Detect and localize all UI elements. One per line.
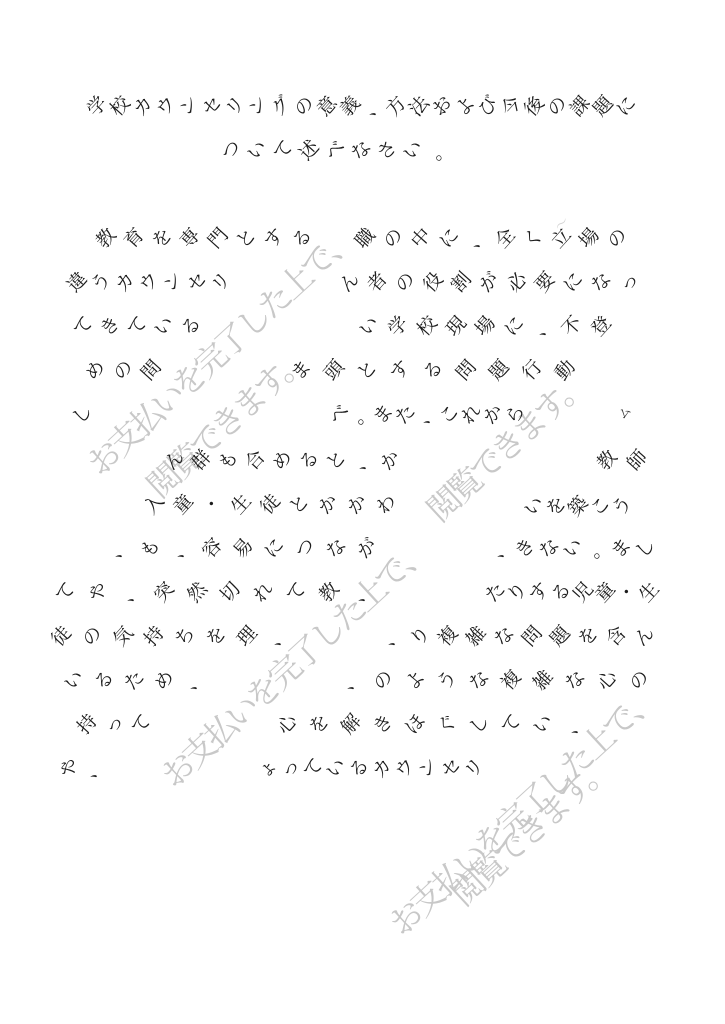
text-char: 持 xyxy=(73,710,103,740)
text-char: て xyxy=(51,578,81,608)
text-line: ん者の役割が必要になっ xyxy=(340,272,640,294)
text-char: い xyxy=(150,312,180,342)
text-char: の xyxy=(78,622,108,652)
text-char: き xyxy=(96,312,126,342)
text-char: 動 xyxy=(551,356,581,386)
text-line: 教師 xyxy=(598,450,648,472)
text-char: を xyxy=(574,622,604,652)
text-char: を xyxy=(305,710,335,740)
text-line: 心を解きほぐしてい、 xyxy=(278,714,586,736)
text-char: が xyxy=(475,268,505,298)
text-char: と xyxy=(322,446,352,476)
text-char: 要 xyxy=(531,268,561,298)
text-char: ま xyxy=(287,356,317,386)
text-char: 登 xyxy=(587,312,617,342)
stray-mark: ム xyxy=(615,403,633,421)
text-char: や xyxy=(84,578,114,608)
text-char: 含 xyxy=(602,622,632,652)
text-line: めの間 xyxy=(86,360,162,382)
text-char: 。 xyxy=(425,136,455,166)
text-line: い学校現場に、不登 xyxy=(360,316,612,338)
text-char: す xyxy=(260,224,290,254)
text-char: な xyxy=(587,268,617,298)
text-char: に xyxy=(559,268,589,298)
text-char: 解 xyxy=(337,710,367,740)
text-char: な xyxy=(490,622,520,652)
text-char: ち xyxy=(171,622,201,652)
text-char: が xyxy=(353,534,383,564)
text-char: 徒 xyxy=(256,490,286,520)
text-char: す xyxy=(386,356,416,386)
text-line: ん群も合めると、か xyxy=(165,450,401,472)
text-char: く xyxy=(519,224,549,254)
text-char: な xyxy=(561,666,591,696)
text-char: 理 xyxy=(233,622,263,652)
text-char: る xyxy=(288,224,318,254)
text-line: ま頭とする問題行動 xyxy=(292,360,576,382)
text-char: と xyxy=(353,356,383,386)
text-char: 生 xyxy=(227,490,257,520)
text-char: 間 xyxy=(137,356,167,386)
text-char: 全 xyxy=(491,224,521,254)
watermark-line: 閲覧できます。 xyxy=(141,343,311,503)
text-char: 場 xyxy=(575,224,605,254)
text-char: る xyxy=(90,666,120,696)
text-char: 容 xyxy=(198,534,228,564)
text-char: の xyxy=(109,356,139,386)
text-char: き xyxy=(369,710,399,740)
text-char: 、 xyxy=(105,534,135,564)
text-line: たりする児童・生 xyxy=(486,582,660,604)
text-line: 、も、容易につなが xyxy=(110,538,378,560)
text-line: ついて述べなさい。 xyxy=(222,140,450,162)
text-char: 門 xyxy=(204,224,234,254)
text-char: 者 xyxy=(363,268,393,298)
text-char: う xyxy=(608,492,638,522)
text-char: て xyxy=(127,710,157,740)
text-char: る xyxy=(177,312,207,342)
text-char: 専 xyxy=(176,224,206,254)
text-char: 突 xyxy=(150,578,180,608)
text-line: ょっているカウンセリ xyxy=(258,758,485,780)
text-char: う xyxy=(433,666,463,696)
text-char: 気 xyxy=(109,622,139,652)
text-char: 頭 xyxy=(320,356,350,386)
text-char: 、 xyxy=(349,446,379,476)
text-char: 、 xyxy=(529,312,559,342)
text-char: し xyxy=(465,710,495,740)
text-char: 、 xyxy=(561,710,591,740)
text-char: ん xyxy=(630,622,660,652)
text-char: に xyxy=(260,534,290,564)
text-char: 心 xyxy=(593,666,623,696)
text-line: いるため、 xyxy=(65,670,205,692)
text-char: る xyxy=(295,446,325,476)
text-char: 心 xyxy=(273,710,303,740)
text-char: し xyxy=(68,400,98,430)
text-char: リ xyxy=(207,268,237,298)
document-page: お支払いを完了した上で、閲覧できます。閲覧できます。お支払いを完了した上で、お支… xyxy=(0,0,725,1024)
text-char: 生 xyxy=(635,578,665,608)
text-char: 中 xyxy=(407,224,437,254)
text-char: め xyxy=(268,446,298,476)
text-char: ん xyxy=(160,446,190,476)
text-char: 現 xyxy=(442,312,472,342)
text-char: 切 xyxy=(216,578,246,608)
text-char: も xyxy=(136,534,166,564)
text-char: ほ xyxy=(401,710,431,740)
text-char: 、 xyxy=(463,224,493,254)
text-line: 、きない。まし xyxy=(492,538,656,560)
text-char: の xyxy=(379,224,409,254)
text-char: 師 xyxy=(623,446,653,476)
text-char: 教 xyxy=(593,446,623,476)
text-char: 雑 xyxy=(462,622,492,652)
text-char: 必 xyxy=(503,268,533,298)
text-line: 徒の気持ちを理、 xyxy=(52,626,289,648)
text-char: 群 xyxy=(187,446,217,476)
text-char: 、 xyxy=(264,622,294,652)
text-line: てきている xyxy=(74,316,202,338)
text-char: ぐ xyxy=(433,710,463,740)
watermark-line: お支払いを完了した上で、 xyxy=(155,534,433,793)
text-char: 不 xyxy=(558,312,588,342)
text-char: て xyxy=(69,312,99,342)
text-char: 題 xyxy=(546,622,576,652)
text-line: 入童・生徒とかかわ xyxy=(145,494,397,516)
text-char: い xyxy=(529,710,559,740)
watermark-line: お支払いを完了した上で、 xyxy=(81,222,359,481)
text-char: た xyxy=(120,666,150,696)
text-char: 育 xyxy=(120,224,150,254)
text-char: 雑 xyxy=(529,666,559,696)
text-char: 持 xyxy=(140,622,170,652)
text-char: に xyxy=(500,312,530,342)
text-char: 教 xyxy=(92,224,122,254)
text-char: っ xyxy=(615,268,645,298)
text-char: め xyxy=(150,666,180,696)
text-char: 複 xyxy=(434,622,464,652)
text-char: の xyxy=(369,666,399,696)
text-char: 職 xyxy=(351,224,381,254)
text-char: 徒 xyxy=(47,622,77,652)
text-char: 童 xyxy=(169,490,199,520)
text-char: る xyxy=(419,356,449,386)
text-char: ・ xyxy=(198,490,228,520)
text-line: 持って xyxy=(78,714,152,736)
text-char: い xyxy=(355,312,385,342)
text-char: 、 xyxy=(378,622,408,652)
text-char: 行 xyxy=(518,356,548,386)
text-line: 教育を専門とする xyxy=(97,228,313,250)
text-char: 、 xyxy=(348,578,378,608)
text-char: て xyxy=(123,312,153,342)
text-char: ん xyxy=(335,268,365,298)
text-line: 違うカウンセリ xyxy=(68,272,232,294)
text-char: を xyxy=(202,622,232,652)
text-char: な xyxy=(322,534,352,564)
text-char: 割 xyxy=(447,268,477,298)
text-char: の xyxy=(625,666,655,696)
text-char: に xyxy=(612,92,642,122)
text-char: 、 xyxy=(117,578,147,608)
text-char: と xyxy=(285,490,315,520)
text-char: 場 xyxy=(471,312,501,342)
text-char: ら xyxy=(501,400,531,430)
text-char: を xyxy=(148,224,178,254)
text-char: 、 xyxy=(80,754,110,784)
text-char: っ xyxy=(100,710,130,740)
text-line: 職の中に、全く立場の xyxy=(356,228,628,250)
text-char: の xyxy=(391,268,421,298)
text-char: つ xyxy=(291,534,321,564)
text-char: し xyxy=(631,534,661,564)
text-char: 教 xyxy=(315,578,345,608)
text-line: 学校カウンセリングの意義、方法および今後の課題に xyxy=(88,96,637,118)
text-char: め xyxy=(81,356,111,386)
text-line: し xyxy=(73,404,93,426)
text-char: て xyxy=(497,710,527,740)
text-char: な xyxy=(465,666,495,696)
text-char: 複 xyxy=(497,666,527,696)
text-char: 、 xyxy=(180,666,210,696)
text-char: 、 xyxy=(167,534,197,564)
text-line: や、 xyxy=(60,758,105,780)
text-char: か xyxy=(376,446,406,476)
text-char: よ xyxy=(401,666,431,696)
text-char: リ xyxy=(460,754,490,784)
text-char: に xyxy=(435,224,465,254)
text-char: 題 xyxy=(485,356,515,386)
text-line: てや、突然切れて教、 xyxy=(56,582,373,604)
text-char: わ xyxy=(372,490,402,520)
text-line: 、のような複雑な心の xyxy=(342,670,650,692)
text-char: 易 xyxy=(229,534,259,564)
text-line: いを築こう xyxy=(525,496,633,518)
text-char: れ xyxy=(249,578,279,608)
text-char: て xyxy=(282,578,312,608)
text-char: 、 xyxy=(337,666,367,696)
text-char: 問 xyxy=(452,356,482,386)
text-char: 問 xyxy=(518,622,548,652)
text-line: べ。また、これから xyxy=(330,404,526,426)
text-char: 学 xyxy=(384,312,414,342)
text-char: 合 xyxy=(241,446,271,476)
text-char: 然 xyxy=(183,578,213,608)
text-char: か xyxy=(314,490,344,520)
text-char: と xyxy=(232,224,262,254)
text-char: 校 xyxy=(413,312,443,342)
text-char: い xyxy=(60,666,90,696)
text-char: か xyxy=(343,490,373,520)
text-char: も xyxy=(214,446,244,476)
text-line: 、り複雑な問題を含ん xyxy=(383,626,655,648)
text-char: 役 xyxy=(419,268,449,298)
text-char: の xyxy=(603,224,633,254)
text-char: 入 xyxy=(140,490,170,520)
text-char: り xyxy=(406,622,436,652)
